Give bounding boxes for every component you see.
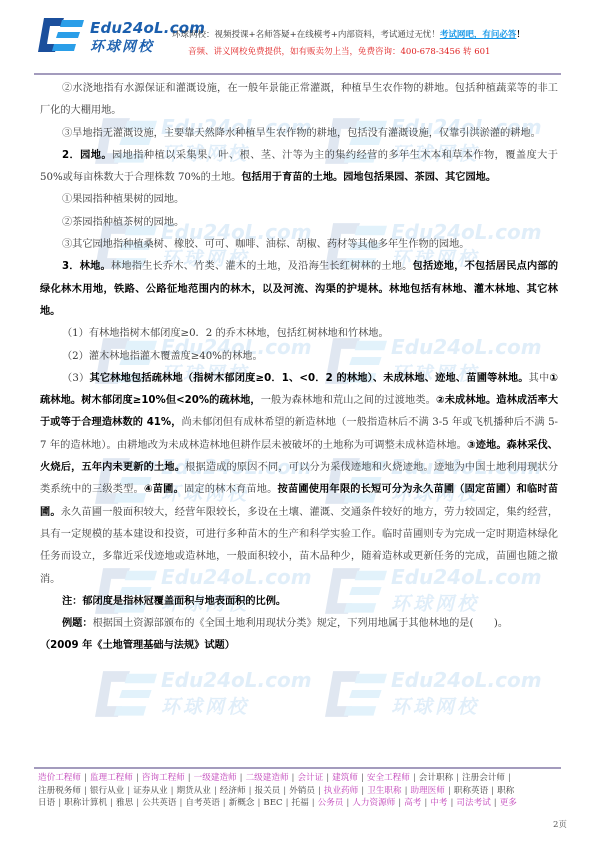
footer-link[interactable]: 自考英语 bbox=[185, 798, 219, 808]
footer-link[interactable]: 日语 bbox=[38, 798, 55, 808]
footer-separator: | bbox=[84, 786, 87, 796]
footer-link[interactable]: 报关员 bbox=[254, 786, 280, 796]
watermark-logo-icon bbox=[325, 670, 387, 718]
footer-separator: | bbox=[223, 798, 226, 808]
footer-link[interactable]: 经济师 bbox=[220, 786, 246, 796]
footer-separator: | bbox=[110, 798, 113, 808]
footer-link[interactable]: 会计职称 bbox=[419, 773, 453, 783]
footer-link[interactable]: 造价工程师 bbox=[38, 773, 81, 783]
footer-link[interactable]: 建筑师 bbox=[332, 773, 358, 783]
page-number: 2页 bbox=[553, 818, 567, 830]
footer-separator: | bbox=[456, 773, 459, 783]
example-question: 例题：根据国土资源部颁布的《全国土地利用现状分类》规定，下列用地属于其他林地的是… bbox=[40, 613, 558, 635]
footer-separator: | bbox=[286, 798, 289, 808]
footer-link[interactable]: 期货从业 bbox=[176, 786, 210, 796]
footer-separator: | bbox=[451, 798, 454, 808]
footer-link[interactable]: 卫生职称 bbox=[367, 786, 401, 796]
tagline-end: ！ bbox=[516, 30, 525, 40]
footer-link[interactable]: 证券从业 bbox=[133, 786, 167, 796]
footer-link[interactable]: 一级建造师 bbox=[194, 773, 237, 783]
tagline-text: 环球网校：视频授课+名师答疑+在线模考+内部资料，考试通过无忧！ bbox=[172, 30, 440, 40]
footer-separator: | bbox=[136, 798, 139, 808]
footer-link[interactable]: 注册会计师 bbox=[462, 773, 505, 783]
footer-link[interactable]: 更多 bbox=[500, 798, 517, 808]
watermark: Edu24oL.com环球网校 bbox=[95, 668, 285, 720]
footer-link[interactable]: 雅思 bbox=[116, 798, 133, 808]
footer-separator: | bbox=[405, 786, 408, 796]
footer-separator: | bbox=[346, 798, 349, 808]
footer-separator: | bbox=[136, 773, 139, 783]
footer-link[interactable]: 高考 bbox=[404, 798, 421, 808]
footer-link[interactable]: 二级建造师 bbox=[246, 773, 289, 783]
footer-link[interactable]: 职称计算机 bbox=[64, 798, 107, 808]
footer-links: 造价工程师|监理工程师|咨询工程师|一级建造师|二级建造师|会计证|建筑师|安全… bbox=[38, 772, 563, 810]
footer-link[interactable]: 新概念 bbox=[229, 798, 255, 808]
paragraph-shrub-land: （2）灌木林地指灌木覆盖度≥40%的林地。 bbox=[40, 346, 558, 368]
tagline-link[interactable]: 考试网吧，有问必答 bbox=[440, 30, 517, 40]
footer-link[interactable]: 人力资源师 bbox=[352, 798, 395, 808]
paragraph-forest-land: 3．林地。林地指生长乔木、竹类、灌木的土地，及沿海生长红树林的土地。包括迹地，不… bbox=[40, 256, 558, 323]
footer-link[interactable]: 执业药师 bbox=[324, 786, 358, 796]
footer-link[interactable]: 银行从业 bbox=[90, 786, 124, 796]
paragraph-dry-land: ③旱地指无灌溉设施，主要靠天然降水种植旱生农作物的耕地，包括没有灌溉设施，仅靠引… bbox=[40, 123, 558, 145]
footer-link[interactable]: 司法考试 bbox=[456, 798, 490, 808]
paragraph-other-forest: （3）其它林地包括疏林地（指树木郁闭度≥0．1、<0．2 的林地）、未成林地、迹… bbox=[40, 368, 558, 591]
section-heading-forest: 3．林地。 bbox=[62, 261, 111, 272]
footer-separator: | bbox=[494, 798, 497, 808]
watermark: Edu24oL.com环球网校 bbox=[325, 668, 515, 720]
footer-link[interactable]: 中考 bbox=[430, 798, 447, 808]
footer-link[interactable]: 注册税务师 bbox=[38, 786, 81, 796]
footer-separator: | bbox=[249, 786, 252, 796]
footer-separator: | bbox=[258, 798, 261, 808]
footer-separator: | bbox=[214, 786, 217, 796]
footer-separator: | bbox=[361, 773, 364, 783]
header-divider bbox=[34, 73, 561, 75]
paragraph-other-garden: ③其它园地指种植桑树、橡胶、可可、咖啡、油棕、胡椒、药材等其他多年生作物的园地。 bbox=[40, 234, 558, 256]
footer-link[interactable]: 会计证 bbox=[297, 773, 323, 783]
footer-separator: | bbox=[188, 773, 191, 783]
site-logo[interactable]: Edu24oL.com 环球网校 bbox=[38, 18, 158, 52]
footer-separator: | bbox=[283, 786, 286, 796]
paragraph-irrigated-land: ②水浇地指有水源保证和灌溉设施，在一般年景能正常灌溉，种植旱生农作物的耕地。包括… bbox=[40, 78, 558, 123]
footer-separator: | bbox=[424, 798, 427, 808]
footer-separator: | bbox=[180, 798, 183, 808]
footer-link[interactable]: 公务员 bbox=[318, 798, 344, 808]
footer-separator: | bbox=[326, 773, 329, 783]
paragraph-garden-land: 2．园地。园地指种植以采集果、叶、根、茎、汁等为主的集约经营的多年生木本和草本作… bbox=[40, 145, 558, 190]
edu24ol-logo-icon bbox=[38, 18, 84, 52]
footer-link[interactable]: 职称 bbox=[497, 786, 514, 796]
footer-separator: | bbox=[448, 786, 451, 796]
page-header: Edu24oL.com 环球网校 环球网校：视频授课+名师答疑+在线模考+内部资… bbox=[0, 0, 595, 70]
footer-link[interactable]: 咨询工程师 bbox=[142, 773, 185, 783]
footer-link[interactable]: 助理医师 bbox=[410, 786, 444, 796]
logo-text-cn: 环球网校 bbox=[90, 36, 154, 56]
footer-divider bbox=[34, 767, 561, 769]
example-label: 例题： bbox=[62, 618, 93, 629]
watermark-logo-icon bbox=[95, 670, 157, 718]
footer-separator: | bbox=[318, 786, 321, 796]
footer-link[interactable]: 职称英语 bbox=[454, 786, 488, 796]
footer-separator: | bbox=[292, 773, 295, 783]
note-canopy-density: 注：郁闭度是指林冠覆盖面积与地表面积的比例。 bbox=[40, 591, 558, 613]
example-source: （2009 年《土地管理基础与法规》试题） bbox=[40, 635, 558, 657]
header-subline: 音频、讲义网校免费提供，如有贩卖勿上当，免费咨询：400-678-3456 转 … bbox=[188, 45, 490, 57]
document-body: ②水浇地指有水源保证和灌溉设施，在一般年景能正常灌溉，种植旱生农作物的耕地。包括… bbox=[40, 78, 558, 658]
footer-separator: | bbox=[171, 786, 174, 796]
footer-link[interactable]: 安全工程师 bbox=[367, 773, 410, 783]
header-tagline: 环球网校：视频授课+名师答疑+在线模考+内部资料，考试通过无忧！考试网吧，有问必… bbox=[172, 28, 525, 40]
footer-separator: | bbox=[58, 798, 61, 808]
footer-row-1: 造价工程师|监理工程师|咨询工程师|一级建造师|二级建造师|会计证|建筑师|安全… bbox=[38, 772, 563, 785]
footer-link[interactable]: 监理工程师 bbox=[90, 773, 133, 783]
paragraph-orchard: ①果园指种植果树的园地。 bbox=[40, 189, 558, 211]
footer-link[interactable]: 外销员 bbox=[289, 786, 315, 796]
footer-link[interactable]: 公共英语 bbox=[142, 798, 176, 808]
footer-separator: | bbox=[84, 773, 87, 783]
footer-separator: | bbox=[508, 773, 511, 783]
paragraph-tea-garden: ②茶园指种植茶树的园地。 bbox=[40, 212, 558, 234]
footer-link[interactable]: BEC bbox=[263, 798, 282, 808]
footer-row-2: 注册税务师|银行从业|证券从业|期货从业|经济师|报关员|外销员|执业药师|卫生… bbox=[38, 785, 563, 798]
footer-separator: | bbox=[312, 798, 315, 808]
footer-separator: | bbox=[240, 773, 243, 783]
footer-separator: | bbox=[491, 786, 494, 796]
footer-separator: | bbox=[398, 798, 401, 808]
footer-link[interactable]: 托福 bbox=[291, 798, 308, 808]
footer-separator: | bbox=[127, 786, 130, 796]
footer-row-3: 日语|职称计算机|雅思|公共英语|自考英语|新概念|BEC|托福|公务员|人力资… bbox=[38, 797, 563, 810]
footer-separator: | bbox=[361, 786, 364, 796]
section-heading-garden: 2．园地。 bbox=[62, 150, 112, 161]
footer-separator: | bbox=[413, 773, 416, 783]
paragraph-wooded-land: （1）有林地指树木郁闭度≥0．2 的乔木林地，包括红树林地和竹林地。 bbox=[40, 323, 558, 345]
